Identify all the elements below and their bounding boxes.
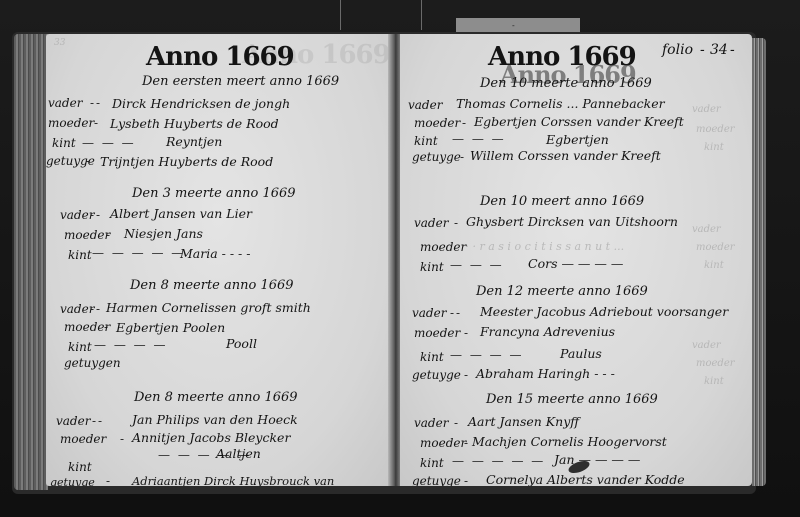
- separator: --: [90, 208, 102, 222]
- page-heading: Anno 1669: [146, 42, 294, 72]
- separator: — — — — —: [92, 246, 185, 260]
- person-name: Albert Jansen van Lier: [110, 206, 252, 221]
- margin-bleedthrough: moeder: [696, 242, 735, 253]
- role-label: kint: [414, 134, 438, 148]
- entry-date: Den 15 meerte anno 1669: [486, 392, 658, 407]
- left-page: 33 Anno 1669 Anno 1669 Den eersten meert…: [46, 34, 390, 486]
- person-name: Harmen Cornelissen groft smith: [106, 300, 311, 315]
- role-label: moeder: [64, 228, 110, 242]
- separator: — — — —: [94, 338, 167, 352]
- folio-separator: -: [700, 42, 705, 58]
- person-name: Meester Jacobus Adriebout voorsanger: [480, 304, 728, 319]
- margin-bleedthrough: kint: [704, 376, 724, 387]
- margin-bleedthrough: vader: [692, 104, 721, 115]
- entry-date: Den 8 meerte anno 1669: [130, 278, 294, 293]
- person-name: Jan — — — —: [554, 452, 640, 467]
- role-label: moeder: [414, 116, 460, 130]
- person-name: Niesjen Jans: [124, 226, 203, 241]
- role-label: kint: [420, 260, 444, 274]
- scan-artifact-line: [340, 0, 341, 30]
- separator: --: [90, 302, 102, 316]
- separator: -: [86, 154, 92, 168]
- role-label: moeder: [48, 116, 94, 130]
- role-label: kint: [420, 350, 444, 364]
- role-label: getuygen: [64, 356, 121, 370]
- separator: — — — — —: [452, 454, 545, 468]
- person-name: Paulus: [560, 346, 602, 361]
- separator: -: [464, 368, 470, 382]
- role-label: getuyge: [412, 474, 461, 486]
- entry-date: Den 3 meerte anno 1669: [132, 186, 296, 201]
- role-label: moeder: [420, 240, 466, 254]
- role-label: getuyge: [412, 150, 461, 164]
- entry-date: Den 8 meerte anno 1669: [134, 390, 298, 405]
- person-name: Lysbeth Huyberts de Rood: [110, 116, 279, 131]
- margin-bleedthrough: kint: [704, 260, 724, 271]
- person-name: Egbertjen: [546, 132, 609, 147]
- separator: — — —: [82, 136, 136, 150]
- person-name: Machjen Cornelis Hoogervorst: [472, 434, 667, 449]
- person-name: Adriaantjen Dirck Huysbrouck van: [132, 474, 334, 486]
- entry-date: Den eersten meert anno 1669: [142, 74, 339, 89]
- person-name: Dirck Hendricksen de jongh: [112, 96, 290, 111]
- role-label: getuyge: [50, 476, 95, 486]
- entry-date: Den 10 meerte anno 1669: [480, 76, 652, 91]
- entry-date: Den 12 meerte anno 1669: [476, 284, 648, 299]
- separator: — — — —: [450, 348, 523, 362]
- person-name: Francyna Adrevenius: [480, 324, 615, 339]
- person-name: Aaltjen: [216, 446, 261, 461]
- separator: -: [454, 416, 460, 430]
- faded-text: · · r a s i o c i t i s s a n u t ...: [462, 240, 624, 253]
- person-name: Cors — — — —: [528, 256, 623, 271]
- person-name: Pooll: [226, 336, 257, 351]
- separator: -: [104, 320, 110, 334]
- page-edges-right: [752, 38, 766, 486]
- faint-page-number: 33: [54, 38, 65, 48]
- role-label: getuyge: [412, 368, 461, 382]
- person-name: Aart Jansen Knyff: [468, 414, 579, 429]
- person-name: Cornelya Alberts vander Kodde: [486, 472, 685, 486]
- role-label: kint: [68, 460, 92, 474]
- separator: -: [464, 474, 470, 486]
- role-label: moeder: [420, 436, 466, 450]
- separator: -: [106, 228, 112, 242]
- separator: — — —: [450, 258, 504, 272]
- folio-separator: -: [730, 42, 735, 58]
- person-name: Ghysbert Dircksen van Uitshoorn: [466, 214, 678, 229]
- role-label: vader: [408, 98, 442, 112]
- person-name: Egbertjen Corssen vander Kreeft: [474, 114, 684, 129]
- separator: -: [106, 474, 112, 486]
- separator: -: [464, 326, 470, 340]
- role-label: kint: [68, 340, 92, 354]
- separator: — — —: [452, 132, 506, 146]
- separator: -: [120, 432, 126, 446]
- person-name: Jan Philips van den Hoeck: [132, 412, 298, 427]
- right-page: Anno 1669 Anno 1669 folio - 34 - Den 10 …: [400, 34, 752, 486]
- separator: --: [92, 414, 104, 428]
- person-name: Trijntjen Huyberts de Rood: [100, 154, 273, 169]
- role-label: vader: [414, 416, 448, 430]
- separator: -: [460, 150, 466, 164]
- separator: -: [94, 116, 100, 130]
- role-label: vader: [414, 216, 448, 230]
- entry-date: Den 10 meert anno 1669: [480, 194, 644, 209]
- separator: --: [90, 96, 102, 110]
- role-label: vader: [48, 96, 82, 110]
- role-label: vader: [56, 414, 90, 428]
- person-name: Thomas Cornelis ... Pannebacker: [456, 96, 665, 111]
- person-name: Egbertjen Poolen: [116, 320, 225, 335]
- separator: --: [450, 306, 462, 320]
- separator: -: [462, 116, 468, 130]
- person-name: Reyntjen: [166, 134, 222, 149]
- margin-bleedthrough: kint: [704, 142, 724, 153]
- role-label: kint: [420, 456, 444, 470]
- role-label: moeder: [414, 326, 460, 340]
- role-label: vader: [412, 306, 446, 320]
- scan-artifact-line: [421, 0, 422, 30]
- separator: -: [464, 436, 470, 450]
- person-name: Maria - - - -: [180, 246, 250, 261]
- margin-bleedthrough: moeder: [696, 124, 735, 135]
- role-label: moeder: [60, 432, 106, 446]
- role-label: kint: [52, 136, 76, 150]
- folio-number: 34: [710, 42, 728, 58]
- role-label: kint: [68, 248, 92, 262]
- margin-bleedthrough: vader: [692, 340, 721, 351]
- person-name: Annitjen Jacobs Bleycker: [132, 430, 290, 445]
- separator: -: [454, 216, 460, 230]
- margin-bleedthrough: vader: [692, 224, 721, 235]
- person-name: Willem Corssen vander Kreeft: [470, 148, 661, 163]
- folio-label: folio: [662, 42, 693, 58]
- person-name: Abraham Haringh - - -: [476, 366, 615, 381]
- page-edges-left: [14, 34, 48, 490]
- margin-bleedthrough: moeder: [696, 358, 735, 369]
